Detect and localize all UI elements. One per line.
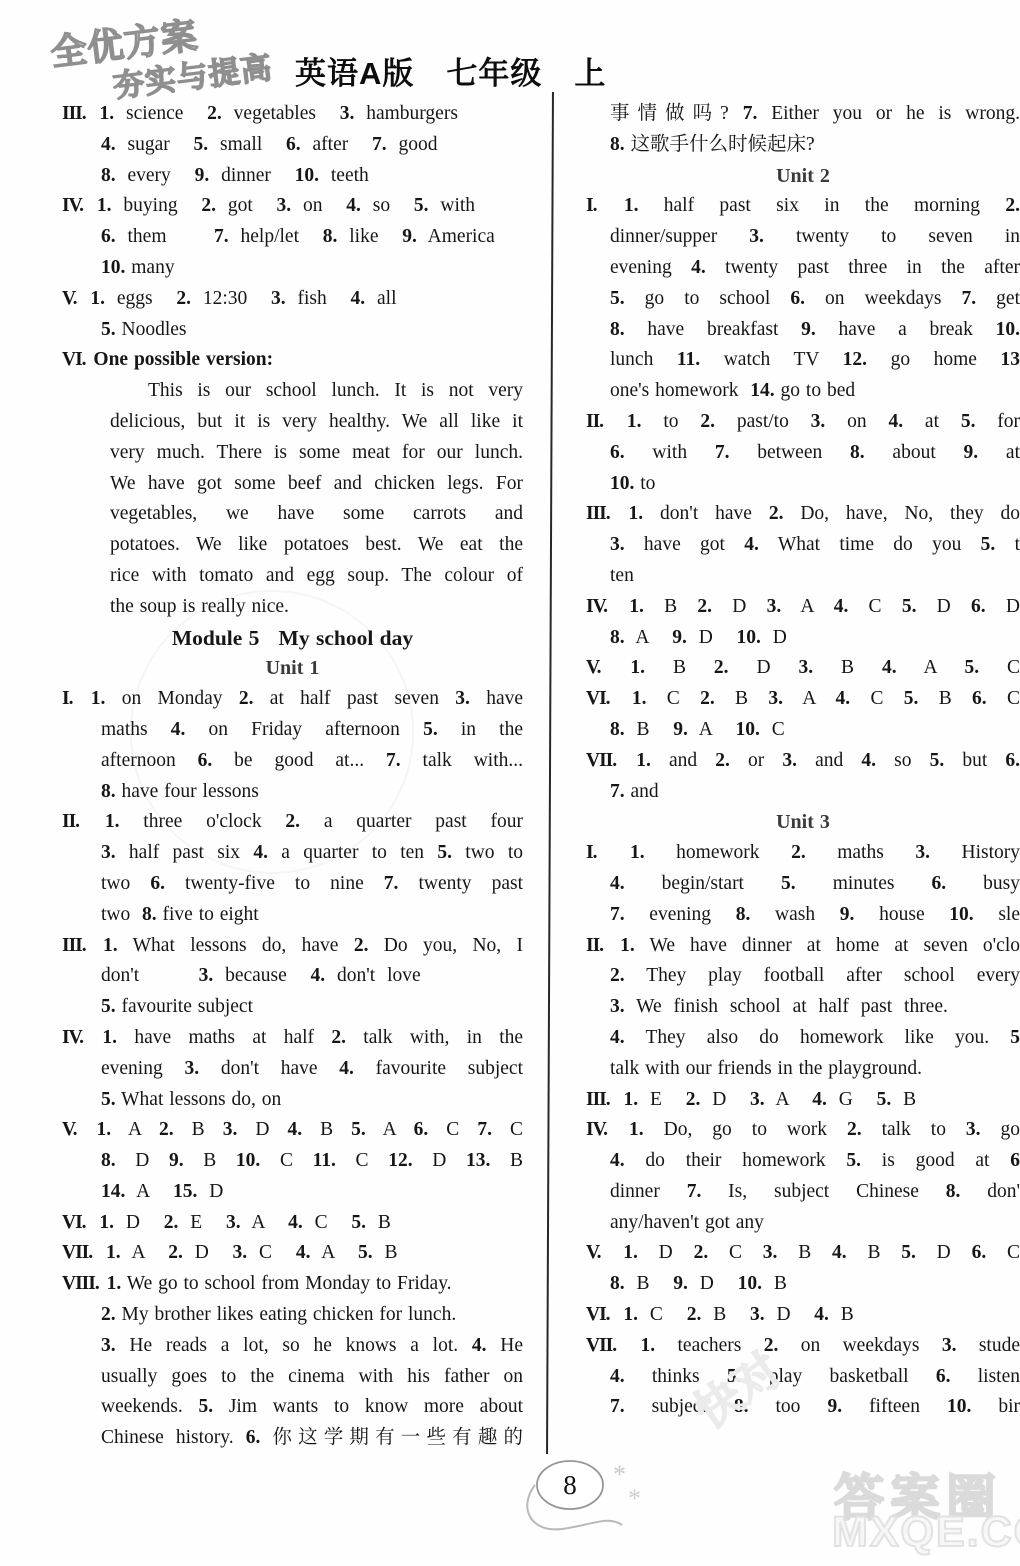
answer-line: the soup is really nice.: [62, 592, 523, 623]
unit-heading: Unit 2: [586, 161, 1020, 192]
answer-line: 3. have got 4. What time do you 5. t: [586, 530, 1020, 561]
answer-line: dinner 7. Is, subject Chinese 8. don': [586, 1177, 1020, 1208]
answer-line: III. 1. science 2. vegetables 3. hamburg…: [62, 99, 523, 130]
answer-line: 4. begin/start 5. minutes 6. busy: [586, 869, 1020, 900]
answer-line: very much. There is some meat for our lu…: [62, 438, 523, 469]
page-title: 英语A版 七年级 上: [295, 48, 606, 93]
answer-line: II. 1. three o'clock 2. a quarter past f…: [62, 807, 523, 838]
answer-line: 3. He reads a lot, so he knows a lot. 4.…: [62, 1331, 523, 1362]
answer-line: V. 1. D 2. C 3. B 4. B 5. D 6. C: [586, 1238, 1020, 1269]
answer-line: 7. subject 8. too 9. fifteen 10. bir: [586, 1392, 1020, 1423]
answer-line: 10. to: [586, 469, 1020, 500]
star-ornament: *: [628, 1484, 641, 1513]
answer-line: IV. 1. buying 2. got 3. on 4. so 5. with: [62, 191, 523, 222]
answer-line: 8. D 9. B 10. C 11. C 12. D 13. B: [62, 1146, 523, 1177]
answer-line: VII. 1. and 2. or 3. and 4. so 5. but 6.: [586, 746, 1020, 777]
answer-line: evening 3. don't have 4. favourite subje…: [62, 1054, 523, 1085]
answer-line: 7. and: [586, 777, 1020, 808]
answer-line: VII. 1. A 2. D 3. C 4. A 5. B: [62, 1238, 523, 1269]
answer-line: rice with tomato and egg soup. The colou…: [62, 561, 523, 592]
answer-line: I. 1. on Monday 2. at half past seven 3.…: [62, 684, 523, 715]
answer-line: VII. 1. teachers 2. on weekdays 3. stude: [586, 1331, 1020, 1362]
left-column: III. 1. science 2. vegetables 3. hamburg…: [62, 99, 523, 1454]
unit-heading: Unit 3: [586, 807, 1020, 838]
answer-line: V. 1. B 2. D 3. B 4. A 5. C: [586, 653, 1020, 684]
answer-line: VI. 1. C 2. B 3. D 4. B: [586, 1300, 1020, 1331]
answer-line: 3. We finish school at half past three.: [586, 992, 1020, 1023]
site-url-watermark: MXQE.COM: [832, 1508, 1020, 1557]
answer-line: IV. 1. have maths at half 2. talk with, …: [62, 1023, 523, 1054]
answer-line: two 8. five to eight: [62, 900, 523, 931]
answer-line: lunch 11. watch TV 12. go home 13: [586, 345, 1020, 376]
brand-logo: 全优方案 夯实与提高: [47, 0, 274, 113]
answer-line: 3. half past six 4. a quarter to ten 5. …: [62, 838, 523, 869]
answer-line: 2. My brother likes eating chicken for l…: [62, 1300, 523, 1331]
answer-line: I. 1. half past six in the morning 2.: [586, 191, 1020, 222]
answer-line: one's homework 14. go to bed: [586, 376, 1020, 407]
answer-line: two 6. twenty-five to nine 7. twenty pas…: [62, 869, 523, 900]
answer-line: I. 1. homework 2. maths 3. History: [586, 838, 1020, 869]
answer-line: 6. them 7. help/let 8. like 9. America: [62, 222, 523, 253]
page-number-ornament: 8 * *: [500, 1455, 670, 1560]
answer-line: VI. 1. D 2. E 3. A 4. C 5. B: [62, 1208, 523, 1239]
answer-line: III. 1. don't have 2. Do, have, No, they…: [586, 499, 1020, 530]
answer-line: II. 1. We have dinner at home at seven o…: [586, 931, 1020, 962]
answer-line: 8. B 9. A 10. C: [586, 715, 1020, 746]
answer-line: ten: [586, 561, 1020, 592]
answer-line: VI. One possible version:: [62, 345, 523, 376]
answer-line: 5. What lessons do, on: [62, 1085, 523, 1116]
answer-line: dinner/supper 3. twenty to seven in: [586, 222, 1020, 253]
answer-line: 4. They also do homework like you. 5: [586, 1023, 1020, 1054]
answer-line: 4. thinks 5. play basketball 6. listen: [586, 1362, 1020, 1393]
answer-line: 事情做吗? 7. Either you or he is wrong.: [586, 99, 1020, 130]
answer-line: 6. with 7. between 8. about 9. at: [586, 438, 1020, 469]
unit-heading: Unit 1: [62, 653, 523, 684]
answer-line: talk with our friends in the playground.: [586, 1054, 1020, 1085]
answer-line: III. 1. E 2. D 3. A 4. G 5. B: [586, 1085, 1020, 1116]
answer-line: vegetables, we have some carrots and: [62, 499, 523, 530]
module-heading: Module 5 My school day: [62, 623, 523, 654]
answer-line: V. 1. A 2. B 3. D 4. B 5. A 6. C 7. C: [62, 1115, 523, 1146]
answer-line: 8. B 9. D 10. B: [586, 1269, 1020, 1300]
answer-line: 8. 这歌手什么时候起床?: [586, 130, 1020, 161]
answer-line: 10. many: [62, 253, 523, 284]
column-divider: [546, 92, 554, 1454]
answer-line: VI. 1. C 2. B 3. A 4. C 5. B 6. C: [586, 684, 1020, 715]
answer-line: afternoon 6. be good at... 7. talk with.…: [62, 746, 523, 777]
star-ornament: *: [613, 1460, 626, 1489]
answer-line: 4. sugar 5. small 6. after 7. good: [62, 130, 523, 161]
answer-line: potatoes. We like potatoes best. We eat …: [62, 530, 523, 561]
answer-line: delicious, but it is very healthy. We al…: [62, 407, 523, 438]
answer-line: usually goes to the cinema with his fath…: [62, 1362, 523, 1393]
answer-line: 8. have breakfast 9. have a break 10.: [586, 315, 1020, 346]
answer-line: We have got some beef and chicken legs. …: [62, 469, 523, 500]
answer-line: 8. A 9. D 10. D: [586, 623, 1020, 654]
answer-line: 8. every 9. dinner 10. teeth: [62, 161, 523, 192]
answer-line: 7. evening 8. wash 9. house 10. sle: [586, 900, 1020, 931]
answer-line: Chinese history. 6. 你这学期有一些有趣的: [62, 1423, 523, 1454]
answer-line: This is our school lunch. It is not very: [62, 376, 523, 407]
right-column: 事情做吗? 7. Either you or he is wrong.8. 这歌…: [586, 99, 1020, 1423]
answer-line: IV. 1. B 2. D 3. A 4. C 5. D 6. D: [586, 592, 1020, 623]
answer-line: weekends. 5. Jim wants to know more abou…: [62, 1392, 523, 1423]
answer-line: 14. A 15. D: [62, 1177, 523, 1208]
answer-line: 5. favourite subject: [62, 992, 523, 1023]
answer-line: 5. Noodles: [62, 315, 523, 346]
answer-line: III. 1. What lessons do, have 2. Do you,…: [62, 931, 523, 962]
answer-line: 8. have four lessons: [62, 777, 523, 808]
answer-line: maths 4. on Friday afternoon 5. in the: [62, 715, 523, 746]
answer-line: 4. do their homework 5. is good at 6: [586, 1146, 1020, 1177]
workbook-answer-page: 全优方案 夯实与提高 英语A版 七年级 上 III. 1. science 2.…: [0, 0, 1020, 1566]
answer-line: 5. go to school 6. on weekdays 7. get: [586, 284, 1020, 315]
page-number: 8: [563, 1470, 577, 1500]
answer-line: II. 1. to 2. past/to 3. on 4. at 5. for: [586, 407, 1020, 438]
answer-line: VIII. 1. We go to school from Monday to …: [62, 1269, 523, 1300]
answer-line: IV. 1. Do, go to work 2. talk to 3. go: [586, 1115, 1020, 1146]
answer-line: evening 4. twenty past three in the afte…: [586, 253, 1020, 284]
answer-line: any/haven't got any: [586, 1208, 1020, 1239]
answer-line: don't 3. because 4. don't love: [62, 961, 523, 992]
answer-line: V. 1. eggs 2. 12:30 3. fish 4. all: [62, 284, 523, 315]
answer-line: 2. They play football after school every: [586, 961, 1020, 992]
